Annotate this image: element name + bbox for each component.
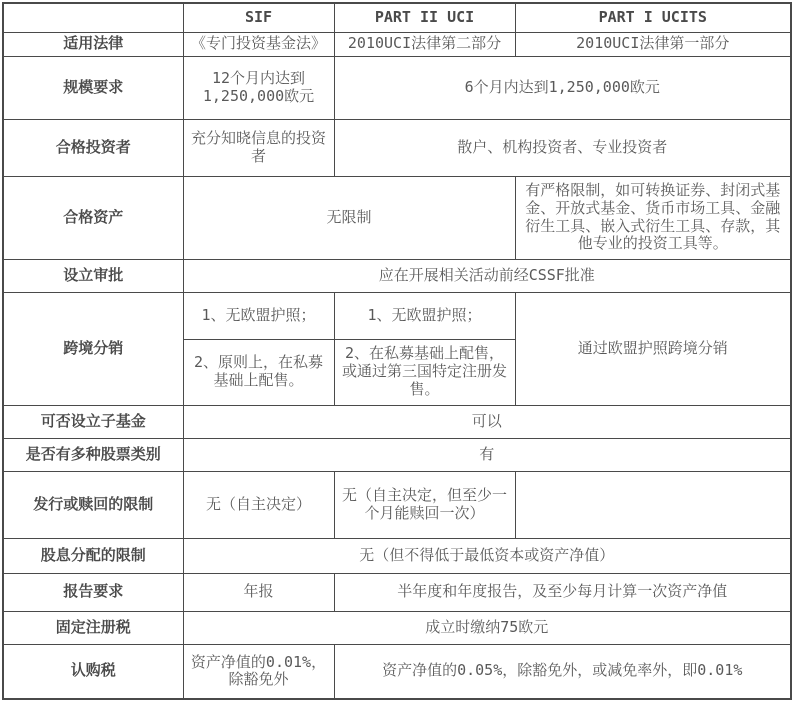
- row-fixed-registration-tax: 固定注册税 成立时缴纳75欧元: [3, 611, 791, 644]
- cell-reporting-uci-ucits: 半年度和年度报告，及至少每月计算一次资产净值: [334, 573, 791, 611]
- row-label-establishment-approval: 设立审批: [3, 259, 183, 292]
- header-row: SIF PART II UCI PART I UCITS: [3, 3, 791, 32]
- row-dividend-restrictions: 股息分配的限制 无（但不得低于最低资本或资产净值）: [3, 538, 791, 573]
- cell-redemption-sif: 无（自主决定）: [183, 471, 334, 538]
- corner-cell: [3, 3, 183, 32]
- cell-distribution-uci-2: 2、在私募基础上配售，或通过第三国特定注册发售。: [334, 339, 515, 405]
- row-label-cross-border-distribution: 跨境分销: [3, 292, 183, 405]
- cell-approval-all: 应在开展相关活动前经CSSF批准: [183, 259, 791, 292]
- cell-reporting-sif: 年报: [183, 573, 334, 611]
- cell-dividend-all: 无（但不得低于最低资本或资产净值）: [183, 538, 791, 573]
- cell-scale-uci-ucits: 6个月内达到1,250,000欧元: [334, 56, 791, 119]
- row-applicable-law: 适用法律 《专门投资基金法》 2010UCI法律第二部分 2010UCI法律第一…: [3, 32, 791, 56]
- row-label-dividend-restrictions: 股息分配的限制: [3, 538, 183, 573]
- row-label-eligible-investors: 合格投资者: [3, 119, 183, 176]
- row-establishment-approval: 设立审批 应在开展相关活动前经CSSF批准: [3, 259, 791, 292]
- cell-distribution-sif-1: 1、无欧盟护照；: [183, 292, 334, 339]
- row-multiple-share-classes: 是否有多种股票类别 有: [3, 438, 791, 471]
- row-subscription-tax: 认购税 资产净值的0.01%， 除豁免外 资产净值的0.05%，除豁免外，或减免…: [3, 644, 791, 699]
- cell-subscription-tax-sif: 资产净值的0.01%， 除豁免外: [183, 644, 334, 699]
- row-label-fixed-registration-tax: 固定注册税: [3, 611, 183, 644]
- cell-law-sif: 《专门投资基金法》: [183, 32, 334, 56]
- row-label-sub-funds-allowed: 可否设立子基金: [3, 405, 183, 438]
- cell-scale-sif: 12个月内达到 1,250,000欧元: [183, 56, 334, 119]
- cell-distribution-uci-1: 1、无欧盟护照；: [334, 292, 515, 339]
- cell-investors-uci-ucits: 散户、机构投资者、专业投资者: [334, 119, 791, 176]
- cell-redemption-ucits: [515, 471, 791, 538]
- cell-share-classes-all: 有: [183, 438, 791, 471]
- cell-assets-sif-uci: 无限制: [183, 176, 515, 259]
- col-header-sif: SIF: [183, 3, 334, 32]
- row-scale-requirement: 规模要求 12个月内达到 1,250,000欧元 6个月内达到1,250,000…: [3, 56, 791, 119]
- col-header-part2-uci: PART II UCI: [334, 3, 515, 32]
- cell-registration-tax-all: 成立时缴纳75欧元: [183, 611, 791, 644]
- cell-redemption-uci: 无（自主决定，但至少一个月能赎回一次）: [334, 471, 515, 538]
- row-sub-funds-allowed: 可否设立子基金 可以: [3, 405, 791, 438]
- cell-assets-ucits: 有严格限制，如可转换证券、封闭式基金、开放式基金、货币市场工具、金融衍生工具、嵌…: [515, 176, 791, 259]
- row-label-issue-redemption-restrictions: 发行或赎回的限制: [3, 471, 183, 538]
- row-label-applicable-law: 适用法律: [3, 32, 183, 56]
- col-header-part1-ucits: PART I UCITS: [515, 3, 791, 32]
- row-label-scale-requirement: 规模要求: [3, 56, 183, 119]
- cell-law-ucits: 2010UCI法律第一部分: [515, 32, 791, 56]
- cell-distribution-sif-2: 2、原则上，在私募基础上配售。: [183, 339, 334, 405]
- row-reporting-requirements: 报告要求 年报 半年度和年度报告，及至少每月计算一次资产净值: [3, 573, 791, 611]
- row-label-eligible-assets: 合格资产: [3, 176, 183, 259]
- cell-subscription-tax-uci-ucits: 资产净值的0.05%，除豁免外，或减免率外，即0.01%: [334, 644, 791, 699]
- fund-comparison-table: SIF PART II UCI PART I UCITS 适用法律 《专门投资基…: [2, 2, 792, 700]
- row-issue-redemption-restrictions: 发行或赎回的限制 无（自主决定） 无（自主决定，但至少一个月能赎回一次）: [3, 471, 791, 538]
- cell-subfund-all: 可以: [183, 405, 791, 438]
- row-cross-border-distribution-1: 跨境分销 1、无欧盟护照； 1、无欧盟护照； 通过欧盟护照跨境分销: [3, 292, 791, 339]
- row-label-reporting-requirements: 报告要求: [3, 573, 183, 611]
- row-label-multiple-share-classes: 是否有多种股票类别: [3, 438, 183, 471]
- row-eligible-assets: 合格资产 无限制 有严格限制，如可转换证券、封闭式基金、开放式基金、货币市场工具…: [3, 176, 791, 259]
- cell-law-uci: 2010UCI法律第二部分: [334, 32, 515, 56]
- row-label-subscription-tax: 认购税: [3, 644, 183, 699]
- cell-investors-sif: 充分知晓信息的投资者: [183, 119, 334, 176]
- cell-distribution-ucits: 通过欧盟护照跨境分销: [515, 292, 791, 405]
- fund-comparison-page: SIF PART II UCI PART I UCITS 适用法律 《专门投资基…: [0, 0, 792, 701]
- row-eligible-investors: 合格投资者 充分知晓信息的投资者 散户、机构投资者、专业投资者: [3, 119, 791, 176]
